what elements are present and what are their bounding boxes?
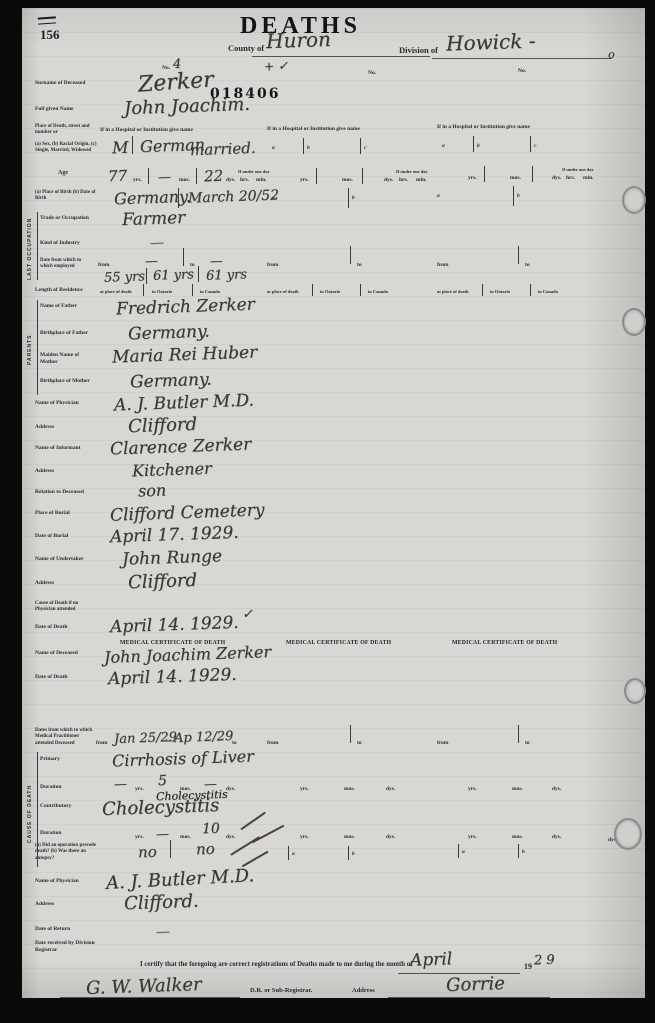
label-physician2: Name of Physician	[35, 878, 97, 885]
field-divider	[362, 168, 363, 184]
value-given-name: John Joachim.	[124, 94, 251, 119]
unit-hrs-col3: hrs.	[566, 176, 575, 182]
dur2-dys-col3: dys.	[552, 835, 561, 841]
residence-pod-col2: at place of death	[267, 290, 299, 295]
registrar-address-value: Gorrie	[446, 973, 506, 996]
value-physician2-address: Clifford.	[124, 891, 199, 915]
label-physician: Name of Physician	[35, 400, 97, 407]
scanned-death-register-page: { "h": { "title": "DEATHS", "page_number…	[0, 0, 655, 1023]
dur1-mos-col3: mos.	[512, 787, 523, 793]
med-cert-header-col2: MEDICAL CERTIFICATE OF DEATH	[286, 641, 391, 647]
field-divider	[518, 844, 519, 858]
value-undertaker-address: Clifford	[128, 570, 198, 593]
field-divider	[192, 284, 193, 296]
attended-from-col1: from	[96, 741, 108, 747]
label-father: Name of Father	[40, 303, 95, 310]
marker-a-op-col2: a	[292, 852, 295, 858]
label-duration1: Duration	[40, 784, 95, 791]
label-date-of-return: Date of Return	[35, 926, 97, 933]
marker-b-birth-col2: b	[352, 196, 355, 202]
value-duration1-mos: 5	[158, 773, 167, 789]
value-attended-separator: –	[166, 733, 172, 747]
label-med-deceased: Name of Deceased	[35, 650, 97, 657]
marker-a-op-col3: a	[462, 850, 465, 856]
county-rule	[252, 56, 430, 57]
marker-b-col3: b	[477, 144, 480, 150]
unit-dys-col1: dys.	[226, 178, 235, 184]
label-informant: Name of Informant	[35, 445, 97, 452]
dur2-yrs-col2: yrs.	[300, 835, 309, 841]
label-date-received: Date received by Division Registrar	[35, 940, 97, 954]
employed-to-col2: to	[357, 263, 362, 269]
label-sex-racial: (a) Sex, (b) Racial Origin, (c) Single, …	[35, 142, 97, 155]
value-date-of-return: —	[156, 924, 171, 940]
unit-dys-col2: dys.	[384, 178, 393, 184]
label-physician2-address: Address	[35, 901, 97, 908]
field-divider	[484, 166, 485, 182]
label-industry: Kind of Industry	[40, 240, 95, 247]
dur2-mos-col1: mos.	[180, 835, 191, 841]
value-birth-date: March 20/52	[188, 187, 280, 206]
entry-checkmarks: + ✓	[264, 59, 288, 74]
unit-mos-col2: mos.	[342, 178, 353, 184]
value-informant-address: Kitchener	[132, 459, 212, 481]
unit-hrs-col2: hrs.	[399, 178, 408, 184]
attended-to-col1: to	[232, 741, 237, 747]
field-divider	[316, 168, 317, 184]
field-divider	[170, 840, 171, 858]
value-attended-to: Ap 12/29	[174, 729, 234, 746]
side-label-last-occupation: LAST OCCUPATION	[28, 214, 33, 284]
value-relation: son	[138, 481, 167, 501]
value-age-days: 22	[204, 167, 224, 186]
label-operation-autopsy: (a) Did an operation precede death? (b) …	[35, 843, 97, 862]
margin-mark: o	[608, 48, 615, 61]
label-relation: Relation to Deceased	[35, 489, 97, 496]
side-label-cause-of-death: CAUSE OF DEATH	[28, 768, 33, 860]
scan-border-left	[0, 0, 22, 1023]
label-attended: Dates from which to which Medical Practi…	[35, 728, 93, 747]
value-contributory-note: Cholecystitis	[156, 788, 228, 803]
punch-hole	[622, 186, 646, 214]
scan-border-right	[645, 0, 655, 1023]
county-value: Huron	[266, 27, 332, 53]
value-residence-place: 55 yrs	[104, 269, 145, 285]
field-divider	[518, 246, 519, 264]
registrar-signature: G. W. Walker	[86, 974, 202, 999]
value-residence-ontario: 61 yrs	[153, 267, 194, 283]
label-date-of-death: Date of Death	[35, 624, 97, 631]
label-burial-date: Date of Burial	[35, 533, 97, 540]
residence-ont-col2: in Ontario	[320, 290, 340, 295]
certification-text: I certify that the foregoing are correct…	[140, 962, 412, 969]
hospital-header-col3: If in a Hospital or Institution give nam…	[437, 125, 530, 131]
label-birth: (a) Place of Birth (b) Date of Birth	[35, 190, 97, 203]
label-undertaker: Name of Undertaker	[35, 556, 97, 563]
registrar-title-label: D.R. or Sub-Registrar.	[250, 988, 312, 995]
punch-hole	[614, 818, 642, 850]
scan-border-top	[0, 0, 655, 8]
under-one-day-col3: If under one day	[562, 168, 594, 173]
unit-min-col2: min.	[416, 178, 427, 184]
field-divider	[350, 246, 351, 264]
value-birth-place: Germany.	[114, 187, 192, 209]
value-duration2-dys: 10	[202, 821, 220, 838]
label-med-date-of-death: Date of Death	[35, 674, 97, 681]
certification-month: April	[410, 949, 453, 970]
dur1-yrs-col3: yrs.	[468, 787, 477, 793]
division-label: Division of	[399, 46, 438, 55]
side-label-parents: PARENTS	[28, 318, 33, 382]
label-employed: Date from which to which employed	[40, 258, 95, 271]
field-divider	[198, 266, 199, 282]
field-divider	[473, 136, 474, 152]
value-father-birthplace: Germany.	[128, 322, 210, 345]
label-surname: Surname of Deceased	[35, 80, 97, 87]
unit-mos-col1: mos.	[179, 178, 190, 184]
dur1-yrs-col2: yrs.	[300, 787, 309, 793]
marker-b-op-col3: b	[522, 850, 525, 856]
value-undertaker: John Runge	[122, 546, 223, 569]
label-mother-birthplace: Birthplace of Mother	[40, 378, 95, 385]
dur2-mos-col2: mos.	[344, 835, 355, 841]
field-divider	[146, 268, 147, 284]
residence-can-col1: in Canada	[200, 290, 220, 295]
dur2-mos-col3: mos.	[512, 835, 523, 841]
residence-can-col3: in Canada	[538, 290, 558, 295]
value-industry-dash: —	[150, 235, 165, 251]
med-cert-header-col3: MEDICAL CERTIFICATE OF DEATH	[452, 641, 557, 647]
division-rule	[432, 58, 612, 59]
field-divider	[360, 284, 361, 296]
county-label: County of	[228, 44, 264, 53]
unit-mos-col3: mos.	[510, 176, 521, 182]
dur1-dys-col3: dys.	[552, 787, 561, 793]
marker-a-birth-col3: a	[437, 194, 440, 200]
value-duration2-mos: —	[156, 827, 170, 842]
field-divider	[350, 725, 351, 743]
field-divider	[183, 248, 184, 266]
label-duration2: Duration	[40, 830, 95, 837]
employed-from-col2: from	[267, 263, 279, 269]
certification-year: 29	[534, 953, 559, 969]
field-divider	[196, 168, 197, 184]
unit-yrs-col2: yrs.	[300, 178, 309, 184]
unit-yrs-col3: yrs.	[468, 176, 477, 182]
unit-hrs-col1: hrs.	[240, 178, 249, 184]
section-bracket	[37, 300, 38, 395]
unit-min-col3: min.	[583, 176, 594, 182]
residence-pod-col3: at place of death	[437, 290, 469, 295]
division-value: Howick -	[446, 28, 536, 55]
label-contributory: Contributory	[40, 803, 95, 810]
dur1-dys-col2: dys.	[386, 787, 395, 793]
no-label-col3: No.	[518, 69, 526, 75]
under-one-day-col2: If under one day	[396, 170, 428, 175]
label-father-birthplace: Birthplace of Father	[40, 330, 95, 337]
attended-from-col2: from	[267, 741, 279, 747]
field-divider	[303, 138, 304, 154]
marker-b-op-col2: b	[352, 852, 355, 858]
field-divider	[513, 186, 514, 206]
label-physician-address: Address	[35, 424, 97, 431]
value-sex: M	[112, 138, 129, 158]
marker-a-col3: a	[442, 144, 445, 150]
field-divider	[530, 284, 531, 296]
employed-from-col1: from	[98, 263, 110, 269]
label-given-name: Full given Name	[35, 106, 97, 113]
attended-to-col2: to	[357, 741, 362, 747]
value-residence-canada: 61 yrs	[206, 267, 247, 283]
value-age-years: 77	[108, 167, 128, 186]
residence-ont-col1: in Ontario	[152, 290, 172, 295]
hospital-header-col2: If in a Hospital or Institution give nam…	[267, 127, 360, 133]
value-employed-to: —	[210, 254, 224, 269]
field-divider	[532, 166, 533, 182]
dur1-mos-col2: mos.	[344, 787, 355, 793]
label-place-of-death: Place of Death, street and number or	[35, 124, 97, 137]
value-trade: Farmer	[122, 208, 186, 230]
under-one-day-col1: If under one day	[238, 170, 270, 175]
dur2-dys-col1: dys.	[226, 835, 235, 841]
marker-a-birth-col2: a	[272, 196, 275, 202]
field-divider	[530, 136, 531, 152]
unit-dys-col3: dys.	[552, 176, 561, 182]
value-operation: no	[138, 843, 157, 862]
value-autopsy: no	[196, 840, 215, 859]
field-divider	[348, 846, 349, 860]
unit-min-col1: min.	[256, 178, 267, 184]
field-divider	[482, 284, 483, 296]
value-duration1-yrs: —	[114, 777, 128, 792]
field-divider	[143, 284, 144, 296]
year-prefix: 19	[524, 963, 532, 971]
field-divider	[178, 188, 179, 208]
marker-b-col2: b	[307, 146, 310, 152]
field-divider	[458, 844, 459, 858]
dur2-yrs-col3: yrs.	[468, 835, 477, 841]
field-divider	[132, 136, 133, 154]
registrar-address-label: Address	[352, 988, 375, 995]
dur2-dys-col2: dys.	[386, 835, 395, 841]
label-trade: Trade or Occupation	[40, 215, 95, 222]
value-age-months: —	[158, 170, 172, 185]
field-divider	[148, 168, 149, 184]
value-mother-birthplace: Germany.	[130, 370, 212, 393]
section-bracket	[37, 212, 38, 280]
label-undertaker-address: Address	[35, 580, 97, 587]
residence-ont-col3: in Ontario	[490, 290, 510, 295]
residence-can-col2: in Canada	[368, 290, 388, 295]
employed-from-col3: from	[437, 263, 449, 269]
unit-yrs-col1: yrs.	[133, 178, 142, 184]
page-number: 156	[40, 27, 60, 43]
dur2-yrs-col1: yrs.	[135, 835, 144, 841]
field-divider	[348, 188, 349, 208]
label-informant-address: Address	[35, 468, 97, 475]
corner-stamp-mark	[38, 16, 56, 24]
label-age: Age	[58, 170, 78, 178]
date-of-death-check: ✓	[242, 607, 253, 622]
field-divider	[312, 284, 313, 296]
marker-a-col2: a	[272, 146, 275, 152]
field-divider	[518, 725, 519, 743]
label-primary: Primary	[40, 756, 95, 763]
employed-to-col3: to	[525, 263, 530, 269]
marker-b-birth-col3: b	[517, 194, 520, 200]
value-surname: Zerker	[137, 67, 214, 97]
marker-c-col3: c	[534, 144, 536, 150]
dur1-yrs-col1: yrs.	[135, 787, 144, 793]
value-employed-from: —	[145, 254, 159, 269]
hospital-header-col1: If in a Hospital or Institution give nam…	[100, 128, 193, 134]
punch-hole	[622, 308, 646, 336]
attended-to-col3: to	[525, 741, 530, 747]
field-divider	[288, 846, 289, 860]
field-divider	[360, 138, 361, 154]
value-marital-status: married.	[190, 139, 256, 159]
marker-c-col2: c	[364, 146, 366, 152]
residence-pod-col1: at place of death	[100, 290, 132, 295]
label-mother: Maiden Name of Mother	[40, 352, 95, 366]
punch-hole	[624, 678, 646, 704]
label-burial-place: Place of Burial	[35, 510, 97, 517]
value-physician-address: Clifford	[128, 414, 198, 437]
label-residence: Length of Residence	[35, 287, 97, 294]
attended-from-col3: from	[437, 741, 449, 747]
no-label-col2: No.	[368, 71, 376, 77]
scan-border-bottom	[0, 998, 655, 1023]
label-cause-no-physician: Cause of Death if no Physician attended	[35, 601, 97, 614]
